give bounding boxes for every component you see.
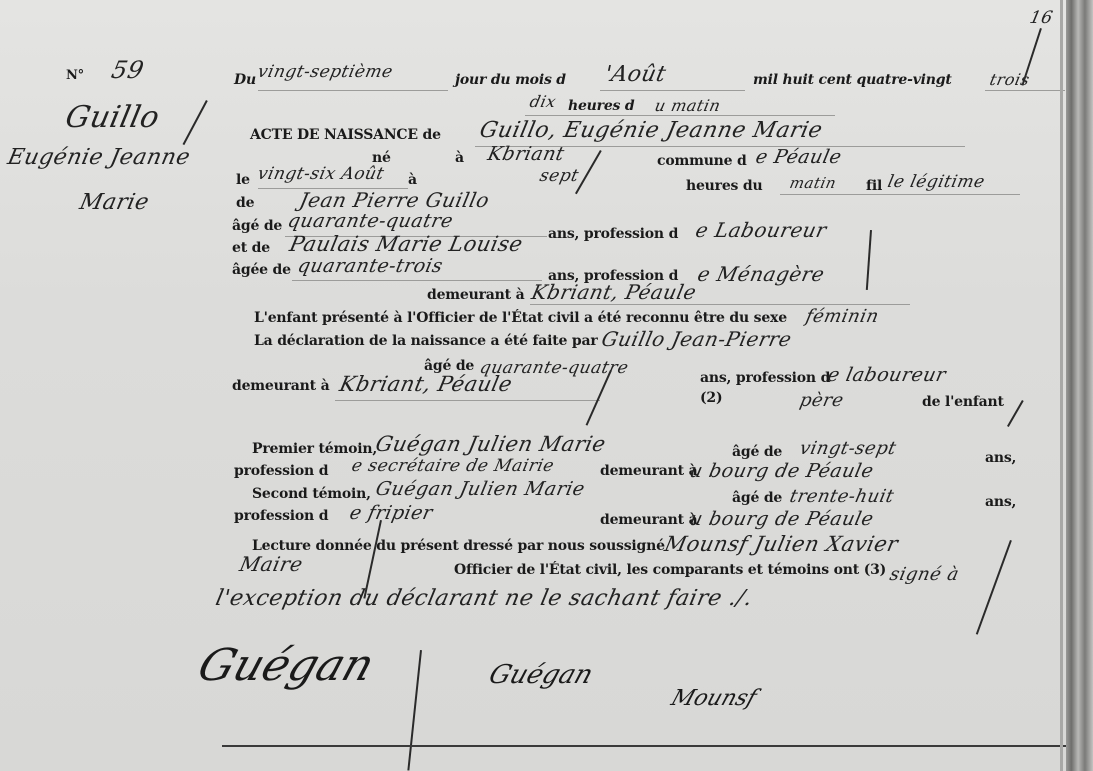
label-age-mother: âgée de <box>232 262 291 278</box>
officer-title-hw: Maire <box>237 552 305 576</box>
day-hw: vingt-septième <box>256 62 395 82</box>
residence-hw: Kbriant, Péaule <box>529 280 698 304</box>
legitimacy-hw: le légitime <box>886 172 987 192</box>
birth-date-hw: vingt-six Août <box>256 164 386 184</box>
margin-given-names-1: Eugénie Jeanne <box>5 145 192 170</box>
mother-age-hw: quarante-trois <box>296 255 445 277</box>
birth-hour-hw: sept <box>538 166 581 186</box>
label-de: de <box>236 195 254 211</box>
witness2-label-dem: demeurant à <box>600 512 697 528</box>
declarant-name-hw: Guillo Jean-Pierre <box>599 327 794 351</box>
label-demeurant: demeurant à <box>427 287 524 303</box>
closing-line3-hw: l'exception du déclarant ne le sachant f… <box>213 586 754 611</box>
witness2-profession-hw: e fripier <box>348 502 435 524</box>
label-jour-mois: jour du mois d <box>455 72 566 88</box>
record-number-label: N° <box>66 68 84 83</box>
declarant-residence-hw: Kbriant, Péaule <box>337 372 514 396</box>
label-prof-declarant: ans, profession d <box>700 370 830 386</box>
witness1-age-hw: vingt-sept <box>798 438 898 459</box>
label-heures: heures d <box>568 98 635 114</box>
closing-label-2: Officier de l'État civil, les comparants… <box>454 562 886 578</box>
label-a2: à <box>408 172 417 188</box>
witness1-profession-hw: e secrétaire de Mairie <box>350 456 556 476</box>
note-marker-2: (2) <box>700 390 722 406</box>
declarant-profession-hw: e laboureur <box>826 364 948 386</box>
label-age-father: âgé de <box>232 218 282 234</box>
signature-witness1: Guégan <box>192 640 381 691</box>
signed-hw: signé à <box>888 564 961 585</box>
label-commune: commune d <box>657 153 747 169</box>
signature-officer: Mounsf <box>668 686 760 711</box>
register-page: 16 N° 59 Guillo Eugénie Jeanne Marie Du … <box>0 0 1066 771</box>
bottom-rule <box>222 745 1066 747</box>
label-heures-du: heures du <box>686 178 762 194</box>
sex-label: L'enfant présenté à l'Officier de l'État… <box>254 310 787 326</box>
label-demeurant-declarant: demeurant à <box>232 378 329 394</box>
witness2-label-prof: profession d <box>234 508 328 524</box>
label-a: à <box>455 150 464 166</box>
record-number: 59 <box>109 56 146 84</box>
witness2-label: Second témoin, <box>252 486 371 502</box>
father-profession-hw: e Laboureur <box>693 218 829 242</box>
hour-suffix-hw: u matin <box>653 96 722 115</box>
witness2-residence-hw: u bourg de Péaule <box>688 508 876 530</box>
declarant-label: La déclaration de la naissance a été fai… <box>254 333 598 349</box>
label-de-enfant: de l'enfant <box>922 394 1004 410</box>
witness1-label-ans: ans, <box>985 450 1016 466</box>
sex-hw: féminin <box>804 306 881 327</box>
birth-place-hw: Kbriant <box>486 143 567 165</box>
margin-given-names-2: Marie <box>77 190 151 215</box>
label-le: le <box>236 172 250 188</box>
witness1-label-prof: profession d <box>234 463 328 479</box>
page-gutter <box>1060 0 1063 771</box>
label-du: Du <box>234 72 256 88</box>
officer-name-hw: Mounsf Julien Xavier <box>662 532 900 556</box>
label-fil: fil <box>866 178 882 194</box>
closing-label-1: Lecture donnée du présent dressé par nou… <box>252 538 665 554</box>
signature-witness2: Guégan <box>485 660 597 690</box>
witness2-age-hw: trente-huit <box>788 486 896 507</box>
witness2-name-hw: Guégan Julien Marie <box>374 478 587 500</box>
page-number: 16 <box>1028 8 1055 28</box>
child-name-hw: Guillo, Eugénie Jeanne Marie <box>477 118 824 143</box>
mother-name-hw: Paulais Marie Louise <box>287 232 525 256</box>
witness1-name-hw: Guégan Julien Marie <box>373 432 608 456</box>
father-age-hw: quarante-quatre <box>286 210 456 232</box>
witness2-label-ans: ans, <box>985 494 1016 510</box>
witness2-label-age: âgé de <box>732 490 782 506</box>
book-spine <box>1066 0 1093 771</box>
witness1-residence-hw: u bourg de Péaule <box>688 460 876 482</box>
father-name-hw: Jean Pierre Guillo <box>297 188 491 212</box>
commune-hw: e Péaule <box>754 146 844 168</box>
label-prof-father: ans, profession d <box>548 226 678 242</box>
witness1-label-dem: demeurant à <box>600 463 697 479</box>
margin-surname: Guillo <box>62 100 163 135</box>
witness1-label-age: âgé de <box>732 444 782 460</box>
label-et-de: et de <box>232 240 270 256</box>
mother-profession-hw: e Ménagère <box>695 262 826 286</box>
label-year: mil huit cent quatre-vingt <box>753 72 952 88</box>
month-hw: 'Août <box>602 62 668 87</box>
relation-hw: père <box>798 390 846 411</box>
period-hw: matin <box>788 174 838 192</box>
acte-title: ACTE DE NAISSANCE de <box>250 127 441 143</box>
witness1-label: Premier témoin, <box>252 441 377 457</box>
hour-hw: dix <box>528 92 558 111</box>
